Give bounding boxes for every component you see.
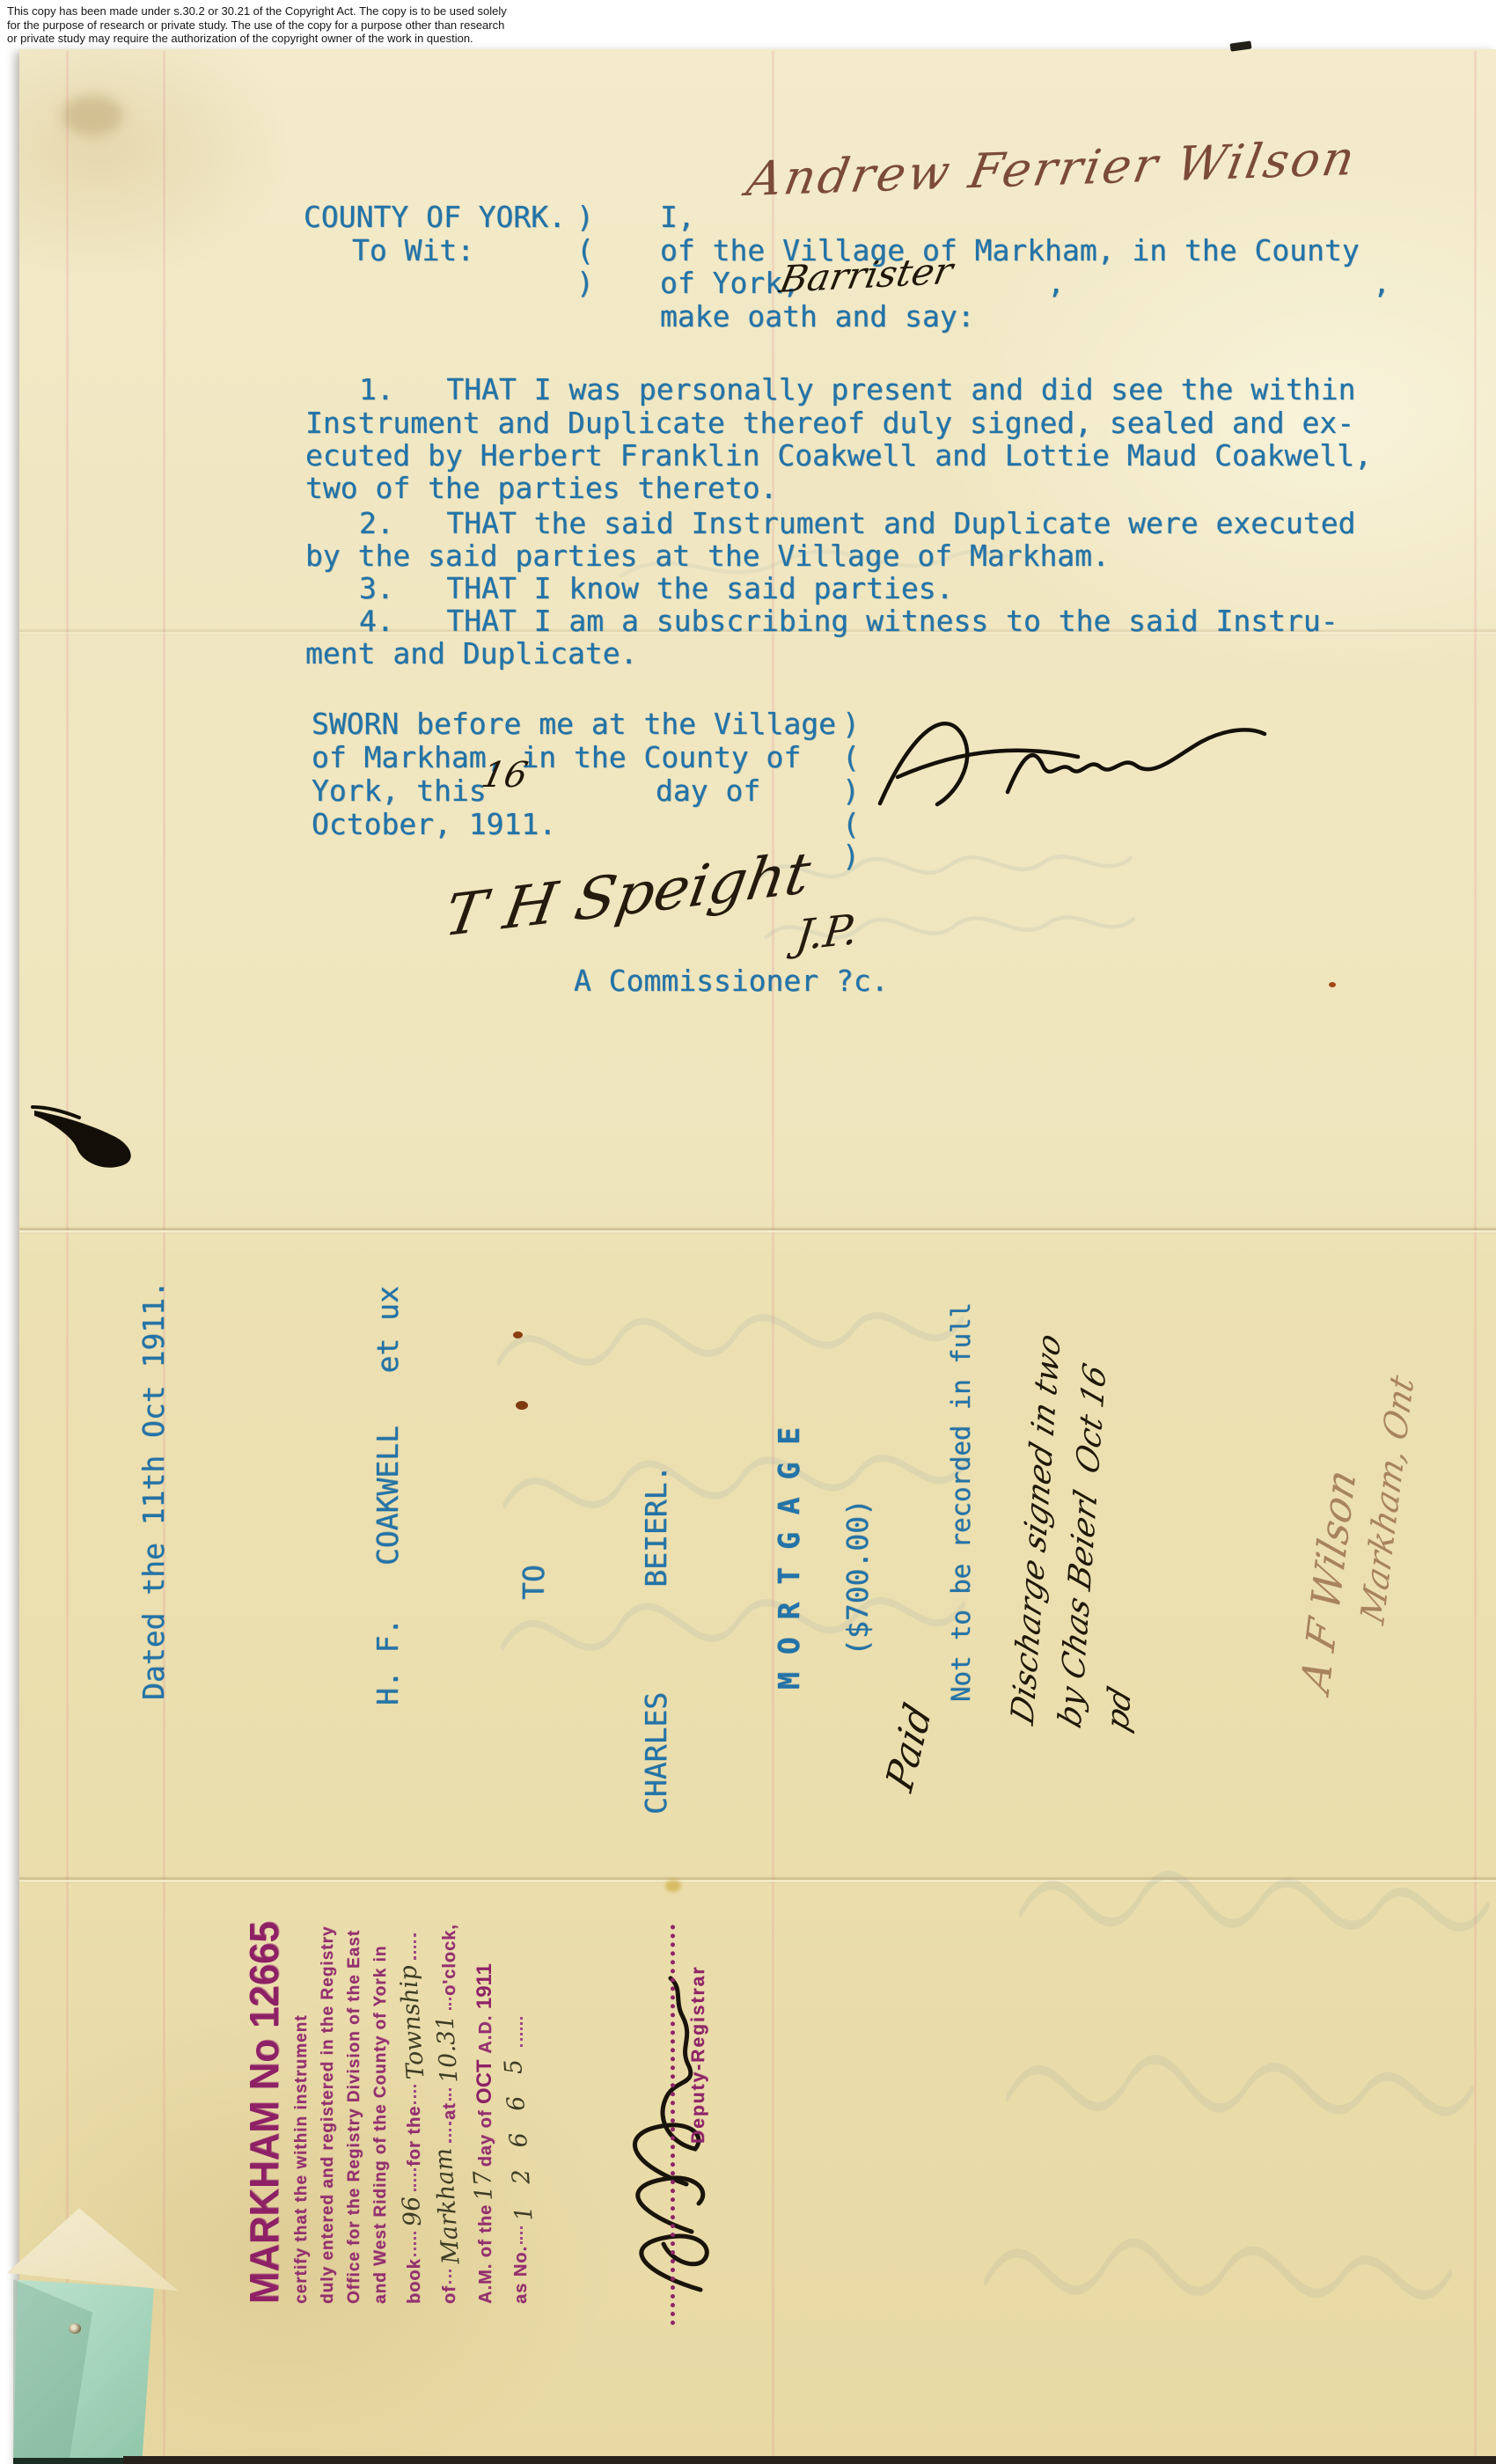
jurat-line: of Markham, in the County of <box>312 743 801 772</box>
paren: ) <box>842 709 860 738</box>
time-handwritten: 10.31 <box>432 2011 464 2087</box>
copyright-notice: This copy has been made under s.30.2 or … <box>7 4 605 46</box>
commissioner-title: A Commissioner ?c. <box>574 966 889 995</box>
place-handwritten: Markham <box>430 2144 466 2269</box>
comma: , <box>1373 268 1390 297</box>
corner-fastener <box>69 2323 81 2334</box>
township-handwritten: Township <box>395 1961 430 2084</box>
stamp-label: day of <box>471 2110 501 2167</box>
paragraph-line: 1. THAT I was personally present and did… <box>359 375 1355 404</box>
stamp-label: at <box>435 2102 465 2120</box>
docket-party-mortgagor: H. F. COAKWELL et ux <box>373 1286 402 1705</box>
stamp-year: 1911 <box>470 1963 500 2009</box>
paragraph-line: Instrument and Duplicate thereof duly si… <box>305 408 1354 437</box>
commissioner-signature-jp: J.P. <box>793 906 860 961</box>
docket-dated: Dated the 11th Oct 1911. <box>139 1280 168 1700</box>
deputy-registrar-label: Deputy-Registrar <box>687 1966 710 2144</box>
stamp-label: for the <box>400 2106 429 2167</box>
jurat-line: day of <box>656 776 760 805</box>
stamp-label: as No. <box>506 2246 536 2304</box>
pinstripe <box>163 51 165 2464</box>
stamp-place-line: ofMarkhamat10.31o'clock, <box>435 1906 465 2304</box>
instrument-number-handwritten: 1 2 6 6 5 <box>500 2048 539 2226</box>
pinstripe <box>66 51 69 2464</box>
stamp-dotted-rule <box>671 1925 675 2325</box>
paren: ) <box>576 268 594 297</box>
ink-showthrough <box>493 1267 968 1742</box>
stamp-number-line: as No.1 2 6 6 5 <box>506 1906 536 2304</box>
village-line: of the Village of Markham, in the County <box>660 236 1360 265</box>
jurat-line: York, this <box>312 776 487 805</box>
stamp-label: of <box>435 2285 465 2304</box>
stamp-book-line: book96for theTownship <box>400 1906 429 2304</box>
copyright-line: This copy has been made under s.30.2 or … <box>7 4 605 18</box>
docket-doc-type: M O R T G A G E <box>774 1427 803 1690</box>
stamp-month: OCT <box>470 2059 500 2104</box>
county-of-york: COUNTY OF YORK. <box>304 202 566 231</box>
stain <box>62 95 123 136</box>
docket-amount: ($700.00) <box>843 1499 872 1656</box>
paren: ) <box>842 776 860 805</box>
day-handwritten: 17 <box>470 2166 499 2204</box>
paren: ( <box>576 236 594 265</box>
pinstripe <box>1474 51 1477 2464</box>
scan-bottom-edge-green <box>13 2458 123 2464</box>
paragraph-line: 2. THAT the said Instrument and Duplicat… <box>359 509 1355 538</box>
stamp-label: A.M. of the <box>471 2204 501 2304</box>
copyright-line: for the purpose of research or private s… <box>7 18 605 33</box>
stamp-date-line: A.M. of the17day of OCT A.D. 1911 <box>470 1906 501 2304</box>
comma: , <box>1047 268 1065 297</box>
paren: ( <box>842 810 860 839</box>
stamp-line: duly entered and registered in the Regis… <box>315 1906 341 2304</box>
discharge-note-handwritten: Discharge signed in two by Chas Beierl O… <box>1000 1333 1169 1731</box>
docket-party-mortgagee: CHARLES BEIERL. <box>642 1465 671 1815</box>
oath-i: I, <box>660 202 695 231</box>
jurat-line: SWORN before me at the Village <box>312 709 836 738</box>
stamp-label: A.D. <box>471 2015 501 2054</box>
copyright-line: or private study may require the authori… <box>7 32 605 46</box>
fold-crease <box>19 1227 1496 1234</box>
ink-showthrough <box>964 1790 1496 2453</box>
scanned-document-page: This copy has been made under s.30.2 or … <box>0 0 1496 2464</box>
jurat-line: October, 1911. <box>312 810 556 839</box>
ink-blot <box>31 1081 145 1169</box>
paren: ) <box>842 841 860 870</box>
stamp-line: certify that the within instrument <box>289 1906 315 2304</box>
book-number-handwritten: 96 <box>399 2192 428 2231</box>
stamp-label: book <box>400 2258 429 2304</box>
stamp-line: Office for the Registry Division of the … <box>341 1906 368 2304</box>
to-wit: To Wit: <box>352 236 474 265</box>
paragraph-line: ment and Duplicate. <box>305 639 638 668</box>
af-wilson-signature <box>867 693 1272 817</box>
scan-bottom-edge <box>123 2456 1496 2464</box>
paren: ) <box>576 202 594 231</box>
stamp-line: and West Riding of the County of York in <box>368 1906 394 2304</box>
make-oath-line: make oath and say: <box>660 302 975 331</box>
paragraph-line: ecuted by Herbert Franklin Coakwell and … <box>305 441 1372 470</box>
stain <box>665 1880 681 1892</box>
paragraph-line: two of the parties thereto. <box>305 473 777 502</box>
stamp-title: MARKHAM No 12665 <box>239 1926 289 2304</box>
paragraph-line: 3. THAT I know the said parties. <box>359 574 954 603</box>
stamp-label: o'clock, <box>435 1924 465 1996</box>
paren: ( <box>842 743 860 772</box>
docket-note: Not to be recorded in full <box>949 1302 974 1702</box>
paragraph-line: 4. THAT I am a subscribing witness to th… <box>359 606 1338 635</box>
paragraph-line: by the said parties at the Village of Ma… <box>305 541 1110 570</box>
registration-stamp: MARKHAM No 12665 certify that the within… <box>239 1906 536 2304</box>
stain <box>1329 982 1336 987</box>
docket-to: TO <box>519 1565 548 1600</box>
day-handwritten: 16 <box>478 755 532 796</box>
